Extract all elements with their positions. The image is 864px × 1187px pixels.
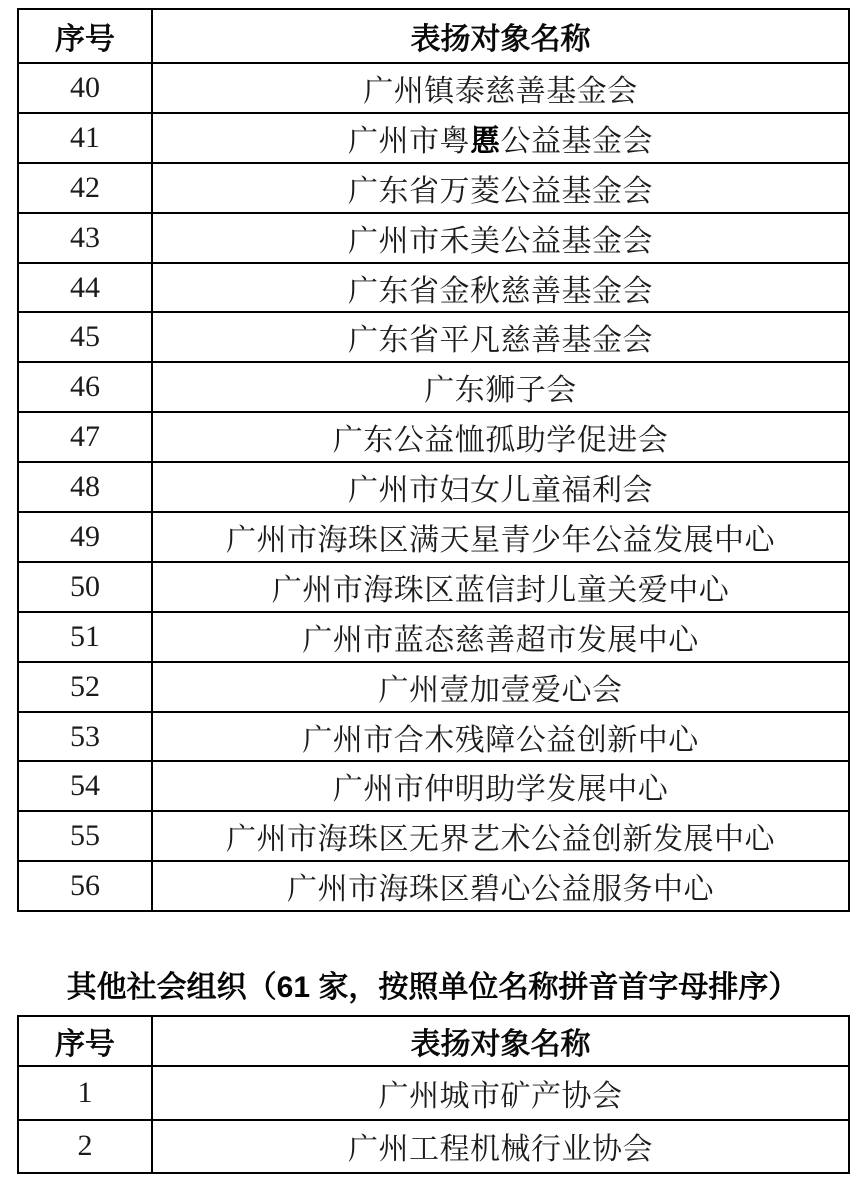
serial-number-cell: 51 [18,612,152,662]
serial-number-cell: 47 [18,412,152,462]
table-row: 49广州市海珠区满天星青少年公益发展中心 [18,512,849,562]
organization-name-cell: 广州市海珠区碧心公益服务中心 [152,861,849,911]
table-row: 47广东公益恤孤助学促进会 [18,412,849,462]
column-header-serial-number: 序号 [18,9,152,63]
organization-name-cell: 广州镇泰慈善基金会 [152,63,849,113]
serial-number-cell: 54 [18,761,152,811]
organization-name-cell: 广州城市矿产协会 [152,1066,849,1120]
font-substituted-character: 慝 [470,125,501,158]
organization-name-cell: 广州市海珠区无界艺术公益创新发展中心 [152,811,849,861]
serial-number-cell: 56 [18,861,152,911]
organization-name-cell: 广州市粤慝公益基金会 [152,113,849,163]
serial-number-cell: 2 [18,1120,152,1174]
table-row: 50广州市海珠区蓝信封儿童关爱中心 [18,562,849,612]
table-row: 55广州市海珠区无界艺术公益创新发展中心 [18,811,849,861]
organization-name-cell: 广东省万菱公益基金会 [152,163,849,213]
column-header-commended-name: 表扬对象名称 [152,1016,849,1066]
organization-name-cell: 广州市蓝态慈善超市发展中心 [152,612,849,662]
table-row: 43广州市禾美公益基金会 [18,213,849,263]
organization-name-cell: 广州市海珠区蓝信封儿童关爱中心 [152,562,849,612]
organization-name-cell: 广州工程机械行业协会 [152,1120,849,1174]
organization-name-cell: 广州市合木残障公益创新中心 [152,712,849,762]
section-title-other-social-organizations: 其他社会组织（61 家，按照单位名称拼音首字母排序） [17,966,848,1010]
table-row: 48广州市妇女儿童福利会 [18,462,849,512]
serial-number-cell: 53 [18,712,152,762]
table-row: 46广东狮子会 [18,362,849,412]
serial-number-cell: 43 [18,213,152,263]
table-header-row: 序号 表扬对象名称 [18,9,849,63]
serial-number-cell: 45 [18,312,152,362]
column-header-commended-name: 表扬对象名称 [152,9,849,63]
organization-name-cell: 广东公益恤孤助学促进会 [152,412,849,462]
organization-name-cell: 广州壹加壹爱心会 [152,662,849,712]
organization-name-cell: 广东狮子会 [152,362,849,412]
serial-number-cell: 42 [18,163,152,213]
table-row: 54广州市仲明助学发展中心 [18,761,849,811]
serial-number-cell: 55 [18,811,152,861]
serial-number-cell: 40 [18,63,152,113]
serial-number-cell: 46 [18,362,152,412]
organization-name-cell: 广州市妇女儿童福利会 [152,462,849,512]
serial-number-cell: 50 [18,562,152,612]
table-row: 52广州壹加壹爱心会 [18,662,849,712]
serial-number-cell: 48 [18,462,152,512]
serial-number-cell: 49 [18,512,152,562]
commendation-table-other-orgs: 序号 表扬对象名称 1广州城市矿产协会2广州工程机械行业协会 [17,1015,850,1174]
table-row: 1广州城市矿产协会 [18,1066,849,1120]
serial-number-cell: 52 [18,662,152,712]
serial-number-cell: 41 [18,113,152,163]
table-row: 51广州市蓝态慈善超市发展中心 [18,612,849,662]
table-row: 2广州工程机械行业协会 [18,1120,849,1174]
table-row: 41广州市粤慝公益基金会 [18,113,849,163]
organization-name-cell: 广东省平凡慈善基金会 [152,312,849,362]
table-row: 56广州市海珠区碧心公益服务中心 [18,861,849,911]
column-header-serial-number: 序号 [18,1016,152,1066]
organization-name-cell: 广州市海珠区满天星青少年公益发展中心 [152,512,849,562]
table-row: 40广州镇泰慈善基金会 [18,63,849,113]
organization-name-cell: 广州市禾美公益基金会 [152,213,849,263]
organization-name-cell: 广东省金秋慈善基金会 [152,263,849,313]
document-page: 序号 表扬对象名称 40广州镇泰慈善基金会41广州市粤慝公益基金会42广东省万菱… [0,0,864,1187]
table-row: 53广州市合木残障公益创新中心 [18,712,849,762]
serial-number-cell: 1 [18,1066,152,1120]
table-row: 45广东省平凡慈善基金会 [18,312,849,362]
commendation-table-social-orgs: 序号 表扬对象名称 40广州镇泰慈善基金会41广州市粤慝公益基金会42广东省万菱… [17,8,850,912]
table-row: 42广东省万菱公益基金会 [18,163,849,213]
table-row: 44广东省金秋慈善基金会 [18,263,849,313]
serial-number-cell: 44 [18,263,152,313]
table-header-row: 序号 表扬对象名称 [18,1016,849,1066]
organization-name-cell: 广州市仲明助学发展中心 [152,761,849,811]
